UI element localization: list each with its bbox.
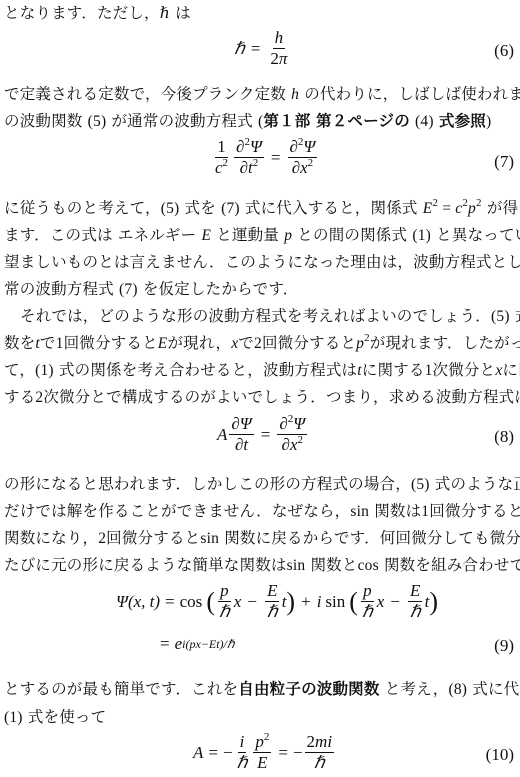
math-A: A bbox=[217, 425, 227, 445]
fraction: ∂2Ψ ∂x2 bbox=[277, 415, 307, 454]
equation-9-body-2: = ei(px−Et)/ℏ bbox=[160, 634, 235, 654]
text-line-11: する2次微分とで構成するのがよいでしょう．つまり，求める波動方程式は bbox=[4, 387, 516, 408]
text: に関する bbox=[362, 361, 425, 379]
math-equals: = bbox=[251, 39, 261, 59]
text: 常の波動方程式 bbox=[4, 280, 114, 298]
text: 数を bbox=[4, 334, 35, 352]
math-equals: = bbox=[261, 425, 271, 445]
numerator: 2mi bbox=[305, 733, 335, 753]
eq-ref: (5) bbox=[411, 476, 430, 493]
number: 1 bbox=[56, 335, 64, 352]
equation-9-body-1: Ψ(x, t) = cos ( pℏ x − Eℏ t ) + i sin ( … bbox=[116, 582, 438, 621]
fraction: h 2π bbox=[268, 29, 289, 68]
eq-ref: (5) bbox=[161, 200, 180, 217]
text-line-2: で定義される定数で，今後プランク定数 h の代わりに，しばしば使われます．上 bbox=[4, 84, 516, 105]
text-line-12: の形になると思われます．しかしこの形の方程式の場合，(5) 式のような正弦波 bbox=[4, 474, 516, 495]
equation-7-body: 1 c2 ∂2Ψ ∂t2 = ∂2Ψ ∂x2 bbox=[211, 138, 319, 177]
math-i: i bbox=[317, 592, 322, 612]
equation-10-body: A = − iℏ p2E = − 2miℏ bbox=[193, 733, 336, 772]
text: それでは，どのような形の波動方程式を考えればよいのでしょう． bbox=[20, 307, 491, 325]
text: と異なっていて， bbox=[436, 226, 520, 244]
number: 2 bbox=[98, 530, 106, 547]
eq-ref: (8) bbox=[448, 681, 467, 698]
equation-6-body: ℏ = h 2π bbox=[234, 29, 291, 68]
equation-number: (10) bbox=[486, 745, 514, 765]
fraction: pℏ bbox=[360, 582, 375, 621]
text: 次微分と bbox=[433, 361, 496, 379]
text: との間の関係式 bbox=[297, 226, 407, 244]
equation-number: (6) bbox=[494, 41, 514, 61]
math-equals: = bbox=[271, 148, 281, 168]
equation-8-body: A ∂Ψ ∂t = ∂2Ψ ∂x2 bbox=[217, 415, 309, 454]
text: 式の関 bbox=[515, 307, 520, 325]
denominator: ℏ bbox=[360, 602, 375, 621]
denominator: c2 bbox=[213, 158, 230, 177]
math-sin: sin bbox=[325, 592, 345, 612]
paren: ( bbox=[206, 592, 215, 612]
math-inline-relation: E2 = c2p2 bbox=[423, 200, 482, 217]
denominator: ∂t2 bbox=[238, 158, 261, 177]
numerator: E bbox=[408, 582, 422, 602]
text-line-1: となります．ただし，ℏ は bbox=[4, 3, 516, 24]
math-plus: + bbox=[301, 592, 311, 612]
denominator: ℏ bbox=[235, 753, 250, 772]
text: で定義される定数で，今後プランク定数 bbox=[4, 85, 286, 103]
numerator: ∂Ψ bbox=[229, 415, 253, 435]
math-minus: − bbox=[293, 743, 303, 763]
text: 関数と bbox=[310, 556, 357, 574]
text: する bbox=[4, 388, 35, 406]
text: 関数は bbox=[374, 502, 421, 520]
math-E: E bbox=[201, 227, 211, 244]
math-p-squared: p2 bbox=[356, 335, 370, 352]
math-h: h bbox=[291, 86, 299, 103]
fraction: ∂2Ψ ∂x2 bbox=[288, 138, 318, 177]
text-line-16: とするのが最も簡単です．これを自由粒子の波動関数 と考え，(8) 式に代入し， bbox=[4, 679, 516, 700]
math-minus: − bbox=[390, 592, 400, 612]
text-line-15: たびに元の形に戻るような簡単な関数はsin 関数とcos 関数を組み合わせて， bbox=[4, 555, 516, 576]
text: 次微分とで構成するのがよいでしょう．つまり，求める波動方程式は bbox=[43, 388, 520, 406]
text: 望ましいものとは言えません．このようになった理由は，波動方程式として通 bbox=[4, 253, 520, 271]
denominator: ∂x2 bbox=[280, 435, 305, 454]
math-A: A bbox=[193, 743, 203, 763]
text: と考え， bbox=[385, 680, 449, 698]
text: たびに元の形に戻るような簡単な関数は bbox=[4, 556, 287, 574]
eq-ref: (1) bbox=[35, 362, 54, 379]
math-x: x bbox=[377, 592, 385, 612]
denominator: E bbox=[255, 753, 269, 772]
numerator: ∂2Ψ bbox=[288, 138, 318, 158]
exponent: 2 bbox=[223, 157, 229, 169]
numerator: i bbox=[238, 733, 247, 753]
text-line-17: (1) 式を使って bbox=[4, 707, 516, 728]
text: とするのが最も簡単です．これを bbox=[4, 680, 238, 698]
fraction: ∂Ψ ∂t bbox=[229, 415, 253, 454]
fraction: p2E bbox=[253, 733, 271, 772]
text: の代わりに，しばしば使われます．上 bbox=[304, 85, 520, 103]
text: 式に代入すると，関係式 bbox=[245, 199, 418, 217]
math-p: p bbox=[284, 227, 292, 244]
text: 回微分すると bbox=[262, 334, 356, 352]
fraction: 2miℏ bbox=[305, 733, 335, 772]
paren: ) bbox=[429, 592, 438, 612]
fraction: ∂2Ψ ∂t2 bbox=[234, 138, 264, 177]
paren: ) bbox=[486, 113, 491, 130]
text-line-6: 望ましいものとは言えません．このようになった理由は，波動方程式として通 bbox=[4, 252, 516, 272]
text-line-9: 数をtで1回微分するとEが現れ，xで2回微分するとp2が現れます．したがっ bbox=[4, 333, 516, 354]
text: を仮定したからです． bbox=[143, 280, 299, 298]
math-sin: sin bbox=[200, 530, 219, 547]
equation-number: (8) bbox=[494, 427, 514, 447]
denominator: 2π bbox=[268, 49, 289, 68]
text: ます．この式は エネルギー bbox=[4, 226, 196, 244]
text: 回微分すると bbox=[429, 502, 520, 520]
math-e: e bbox=[175, 634, 183, 654]
text: 式を bbox=[185, 199, 216, 217]
bold-term-free-particle-wavefunction: 自由粒子の波動関数 bbox=[238, 680, 379, 698]
text: 式に代入し， bbox=[472, 680, 520, 698]
denominator: ∂t bbox=[233, 435, 250, 454]
text: は bbox=[175, 4, 191, 22]
fraction: 1 c2 bbox=[213, 138, 230, 177]
text: 式を使って bbox=[28, 708, 107, 726]
fraction: pℏ bbox=[217, 582, 232, 621]
number: 1 bbox=[425, 362, 433, 379]
text: と運動量 bbox=[216, 226, 279, 244]
eq-ref: (1) bbox=[4, 709, 23, 726]
math-sin: sin bbox=[287, 557, 306, 574]
math-hbar: ℏ bbox=[234, 39, 245, 59]
text: に従うものと考えて， bbox=[4, 199, 161, 217]
denominator: ∂x2 bbox=[290, 158, 315, 177]
equation-7: 1 c2 ∂2Ψ ∂t2 = ∂2Ψ ∂x2 (7) bbox=[0, 138, 520, 188]
numerator: 1 bbox=[215, 138, 228, 158]
math-cos: cos bbox=[180, 592, 203, 612]
text: が通常の波動方程式 bbox=[111, 112, 252, 130]
text-line-3: の波動関数 (5) が通常の波動方程式 (第１部 第２ページの (4) 式参照) bbox=[4, 111, 516, 132]
text: 関数を組み合わせて， bbox=[384, 556, 520, 574]
text: の形になると思われます．しかしこの形の方程式の場合， bbox=[4, 475, 411, 493]
numerator: p bbox=[361, 582, 374, 602]
eq-ref: (4) bbox=[415, 113, 434, 130]
text: で bbox=[238, 334, 254, 352]
c: c bbox=[215, 158, 223, 177]
denominator: ℏ bbox=[217, 602, 232, 621]
equation-9-line-1: Ψ(x, t) = cos ( pℏ x − Eℏ t ) + i sin ( … bbox=[0, 580, 520, 626]
math-equals: = bbox=[165, 592, 175, 612]
text-line-4: に従うものと考えて，(5) 式を (7) 式に代入すると，関係式 E2 = c2… bbox=[4, 198, 516, 219]
text-line-10: て，(1) 式の関係を考え合わせると，波動方程式はtに関する1次微分とxに関 bbox=[4, 360, 516, 381]
numerator: p bbox=[218, 582, 231, 602]
eq-ref: (7) bbox=[119, 281, 138, 298]
equation-number: (7) bbox=[494, 152, 514, 172]
eq-ref: (5) bbox=[88, 113, 107, 130]
equation-10: A = − iℏ p2E = − 2miℏ (10) bbox=[0, 731, 520, 777]
text-line-7: 常の波動方程式 (7) を仮定したからです． bbox=[4, 279, 516, 300]
text: の波動関数 bbox=[4, 112, 83, 130]
eq-ref: (7) bbox=[221, 200, 240, 217]
text-line-5: ます．この式は エネルギー E と運動量 p との間の関係式 (1) と異なって… bbox=[4, 225, 516, 246]
math-E: E bbox=[158, 335, 168, 352]
bold-reference: 式参照 bbox=[439, 112, 486, 130]
number: 2 bbox=[254, 335, 262, 352]
text: で bbox=[40, 334, 56, 352]
math-cos: cos bbox=[358, 557, 379, 574]
numerator: E bbox=[265, 582, 279, 602]
text: が現れ， bbox=[167, 334, 231, 352]
numerator: ∂2Ψ bbox=[234, 138, 264, 158]
denominator: ℏ bbox=[265, 602, 280, 621]
text: が現れます．したがっ bbox=[370, 334, 520, 352]
text-line-14: 関数になり，2回微分するとsin 関数に戻るからです．何回微分しても微分する bbox=[4, 528, 516, 549]
text: 関数に戻るからです．何回微分しても微分する bbox=[224, 529, 520, 547]
eq-ref: (1) bbox=[412, 227, 431, 244]
text: となります．ただし， bbox=[4, 4, 160, 22]
numerator: p2 bbox=[253, 733, 271, 753]
text: が得られ bbox=[487, 199, 520, 217]
bold-reference: 第１部 第２ページの bbox=[263, 112, 410, 130]
math-minus: − bbox=[223, 743, 233, 763]
text-line-8: それでは，どのような形の波動方程式を考えればよいのでしょう．(5) 式の関 bbox=[20, 306, 516, 327]
text: て， bbox=[4, 361, 35, 379]
math-psi-xt: Ψ(x, t) bbox=[116, 592, 160, 612]
denominator: ℏ bbox=[408, 602, 423, 621]
text: 式の関係を考え合わせると，波動方程式は bbox=[59, 361, 357, 379]
paren: ) bbox=[286, 592, 295, 612]
text: 回微分すると bbox=[106, 529, 200, 547]
math-sin: sin bbox=[350, 503, 369, 520]
math-minus: − bbox=[247, 592, 257, 612]
text: 関数になり， bbox=[4, 529, 98, 547]
fraction: iℏ bbox=[235, 733, 250, 772]
equation-8: A ∂Ψ ∂t = ∂2Ψ ∂x2 (8) bbox=[0, 413, 520, 463]
numerator: h bbox=[273, 29, 286, 49]
equation-number: (9) bbox=[494, 636, 514, 656]
math-equals: = bbox=[208, 743, 218, 763]
equation-9-line-2: = ei(px−Et)/ℏ (9) bbox=[0, 630, 520, 660]
fraction: Eℏ bbox=[408, 582, 423, 621]
math-equals: = bbox=[160, 634, 170, 654]
text: 式のような正弦波 bbox=[435, 475, 520, 493]
math-x: x bbox=[234, 592, 242, 612]
paren: ( bbox=[349, 592, 358, 612]
numerator: ∂2Ψ bbox=[277, 415, 307, 435]
math-equals: = bbox=[278, 743, 288, 763]
text: だけでは解を作ることができません．なぜなら， bbox=[4, 502, 350, 520]
text: に関 bbox=[502, 361, 520, 379]
text-line-13: だけでは解を作ることができません．なぜなら，sin 関数は1回微分するとcos bbox=[4, 501, 516, 522]
text: 回微分すると bbox=[64, 334, 158, 352]
eq-ref: (5) bbox=[491, 308, 510, 325]
equation-6: ℏ = h 2π (6) bbox=[0, 27, 520, 77]
fraction: Eℏ bbox=[265, 582, 280, 621]
math-hbar: ℏ bbox=[160, 5, 170, 22]
denominator: ℏ bbox=[312, 753, 327, 772]
